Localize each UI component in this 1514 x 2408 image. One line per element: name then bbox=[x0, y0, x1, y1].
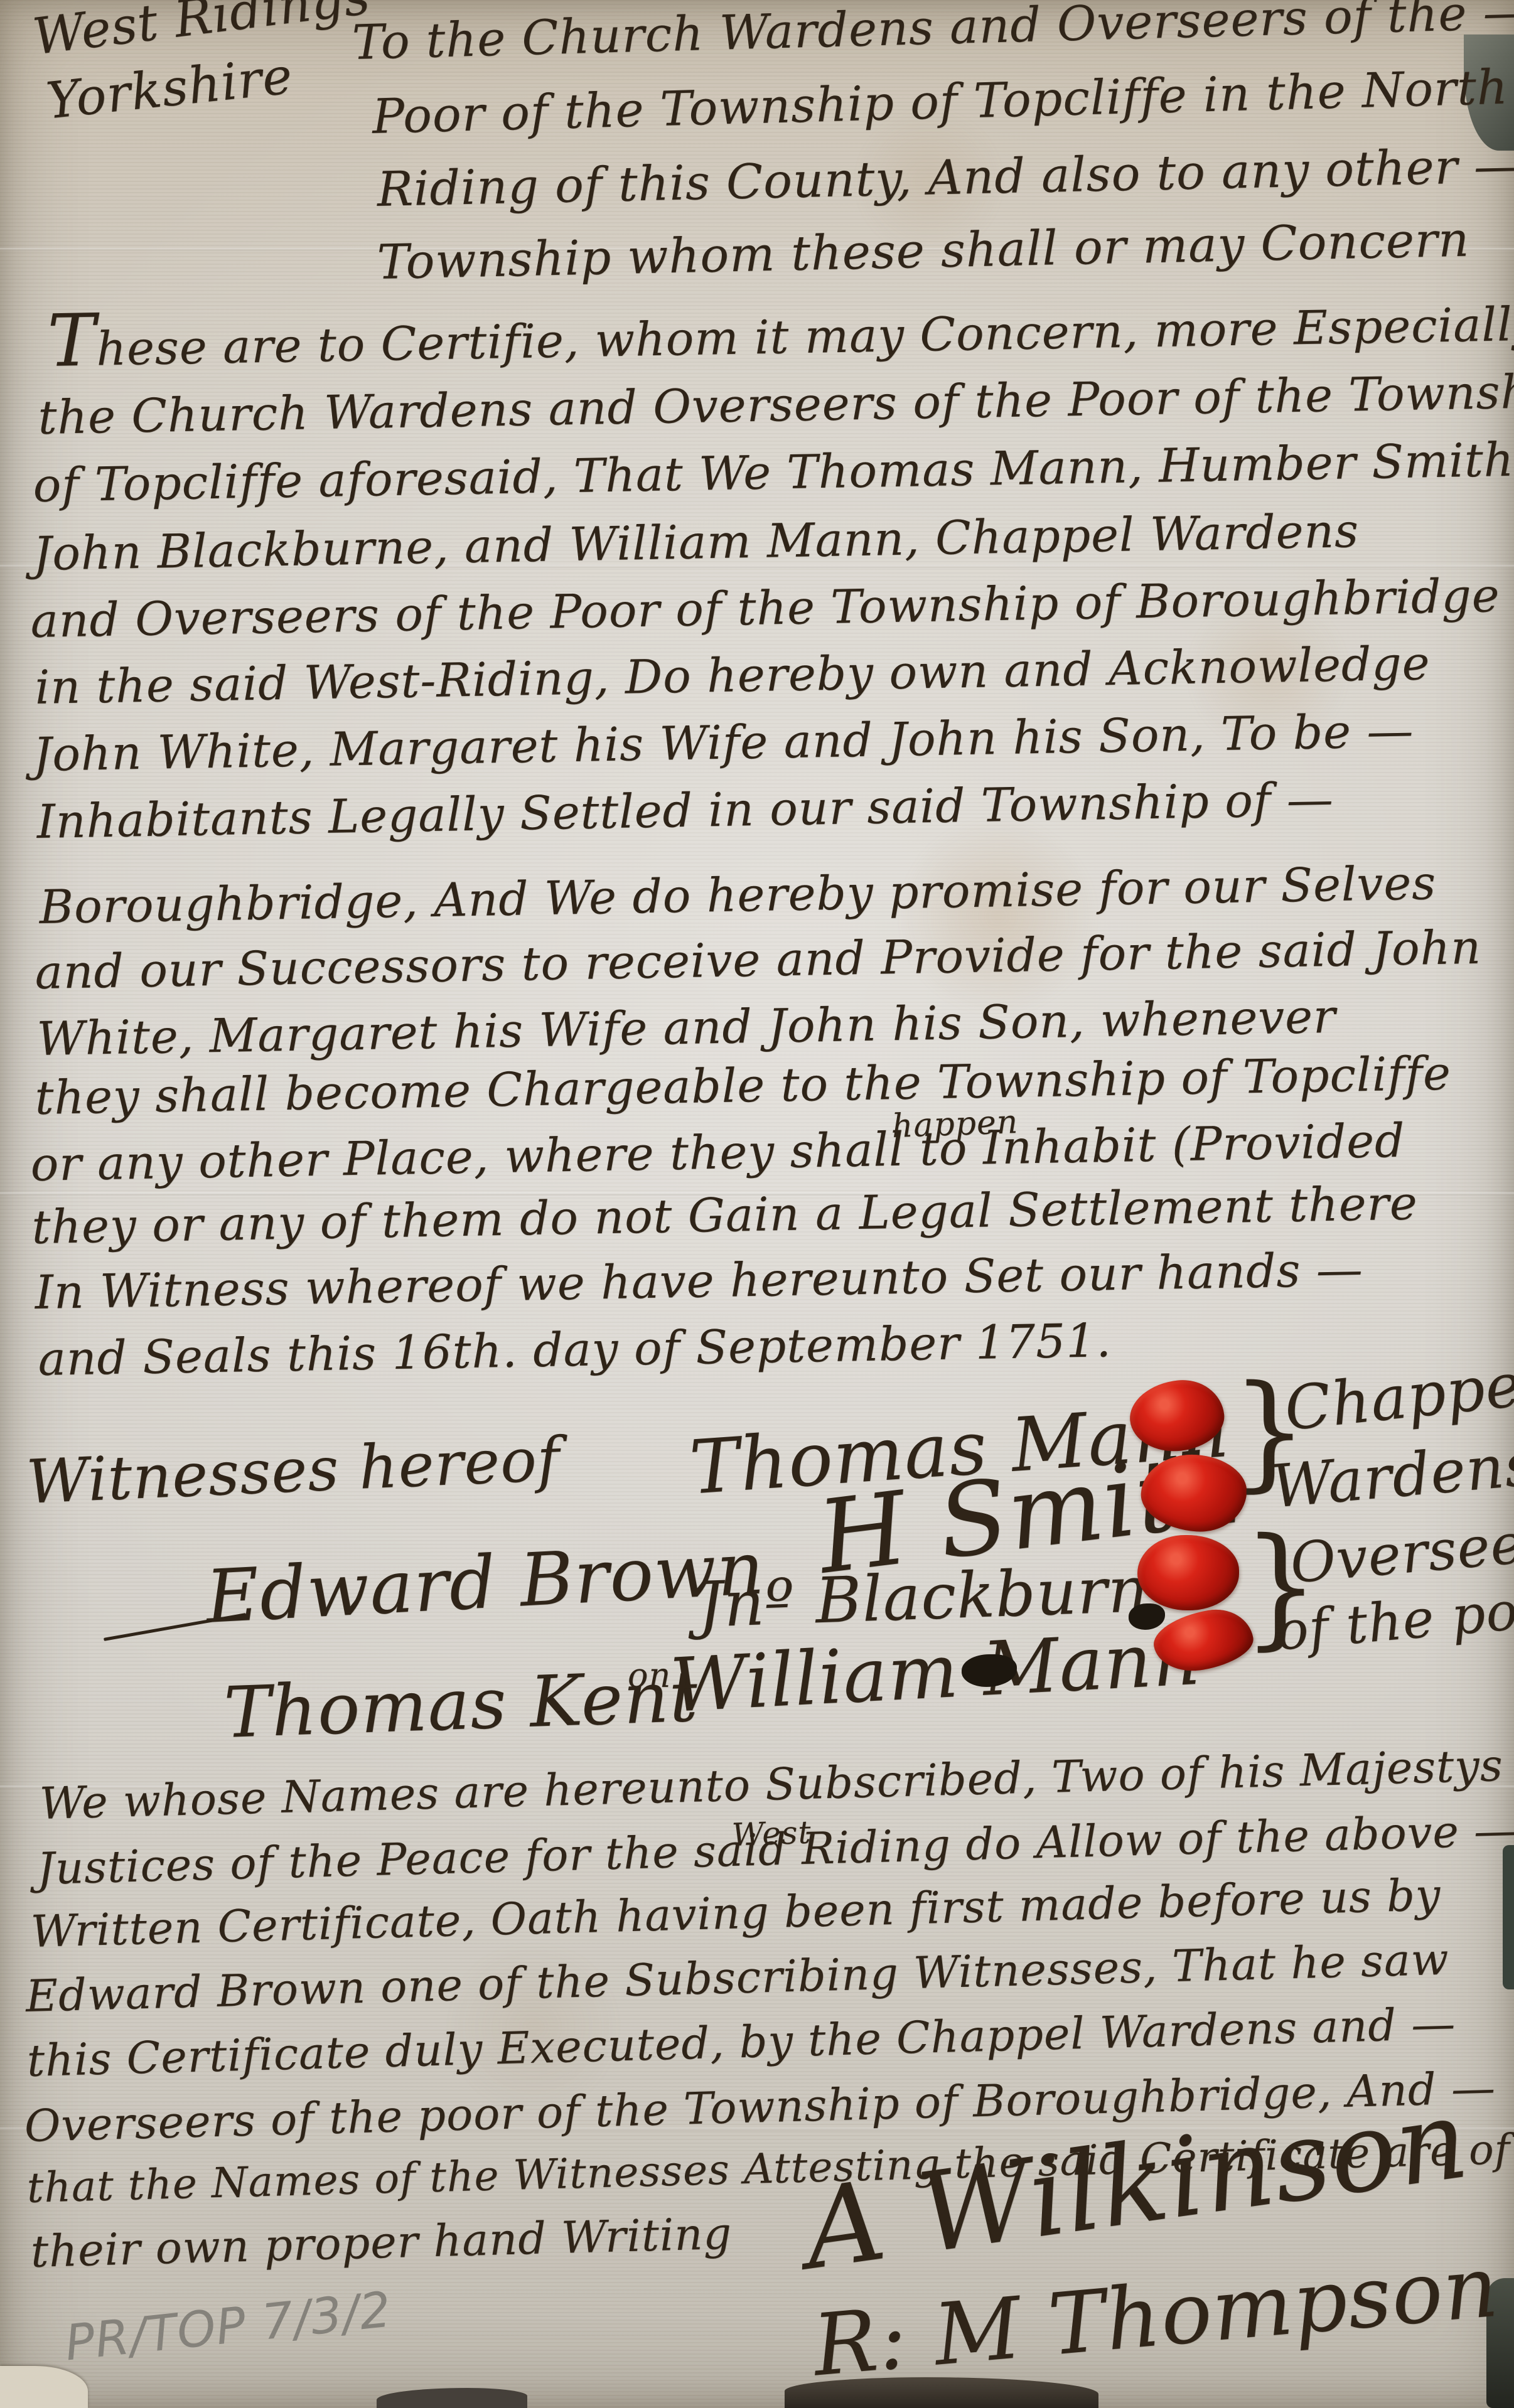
interlined-word-happen: happen bbox=[891, 1105, 1019, 1144]
wax-seal-3 bbox=[1137, 1535, 1239, 1610]
kent-superscript: on bbox=[628, 1658, 671, 1694]
document-photo: West Ridings Yorkshire To the Church War… bbox=[0, 0, 1514, 2408]
edge-tear-right bbox=[1503, 1845, 1514, 1989]
